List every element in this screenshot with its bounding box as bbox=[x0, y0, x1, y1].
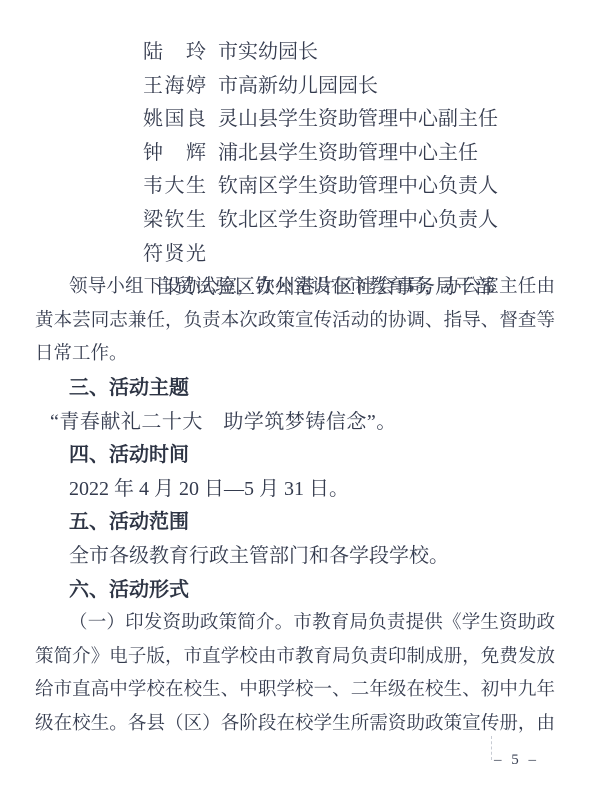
roster-title: 钦南区学生资助管理中心负责人 bbox=[218, 175, 498, 197]
form-paragraph-line: 给市直高中学校在校生、中职学校一、二年级在校生、初中九年 bbox=[35, 674, 555, 708]
time-text: 2022 年 4 月 20 日—5 月 31 日。 bbox=[35, 473, 555, 507]
roster-title: 灵山县学生资助管理中心副主任 bbox=[218, 108, 498, 130]
roster-name: 韦大生 bbox=[143, 170, 206, 204]
roster-title: 浦北县学生资助管理中心主任 bbox=[218, 142, 478, 164]
roster-row: 姚国良灵山县学生资助管理中心副主任 bbox=[35, 103, 555, 137]
page-number: – 5 – bbox=[494, 752, 539, 769]
roster-row: 陆 玲市实幼园长 bbox=[35, 36, 555, 70]
roster-row: 符贤光自贸试验区钦州港片区社会事务局干部 bbox=[35, 238, 555, 272]
roster-name: 符贤光 bbox=[143, 238, 206, 272]
roster-name: 陆 玲 bbox=[143, 36, 206, 70]
scope-text: 全市各级教育行政主管部门和各学段学校。 bbox=[35, 540, 555, 574]
section-heading-time: 四、活动时间 bbox=[35, 439, 555, 473]
roster-title: 市高新幼儿园园长 bbox=[218, 75, 378, 97]
roster-row: 韦大生钦南区学生资助管理中心负责人 bbox=[35, 170, 555, 204]
office-paragraph-line: 黄本芸同志兼任，负责本次政策宣传活动的协调、指导、督查等 bbox=[35, 305, 555, 339]
section-heading-form: 六、活动形式 bbox=[35, 574, 555, 608]
document-content: 陆 玲市实幼园长 王海婷市高新幼儿园园长 姚国良灵山县学生资助管理中心副主任 钟… bbox=[0, 0, 589, 741]
office-paragraph-line: 日常工作。 bbox=[35, 338, 555, 372]
roster-name: 梁钦生 bbox=[143, 204, 206, 238]
roster-name: 姚国良 bbox=[143, 103, 206, 137]
roster-row: 王海婷市高新幼儿园园长 bbox=[35, 70, 555, 104]
roster-title: 市实幼园长 bbox=[218, 41, 318, 63]
section-heading-scope: 五、活动范围 bbox=[35, 506, 555, 540]
roster-row: 钟 辉浦北县学生资助管理中心主任 bbox=[35, 137, 555, 171]
roster-name: 钟 辉 bbox=[143, 137, 206, 171]
roster-row: 梁钦生钦北区学生资助管理中心负责人 bbox=[35, 204, 555, 238]
form-paragraph-line: 级在校生。各县（区）各阶段在校学生所需资助政策宣传册，由 bbox=[35, 708, 555, 742]
form-paragraph-line: 策简介》电子版，市直学校由市教育局负责印制成册，免费发放 bbox=[35, 641, 555, 675]
office-paragraph-line: 领导小组下设办公室，办公室设在市教育局，办公室主任由 bbox=[35, 271, 555, 305]
document-page: 陆 玲市实幼园长 王海婷市高新幼儿园园长 姚国良灵山县学生资助管理中心副主任 钟… bbox=[0, 0, 589, 806]
scan-artifact-line bbox=[491, 736, 492, 760]
roster-name: 王海婷 bbox=[143, 70, 206, 104]
theme-text: “青春献礼二十大 助学筑梦铸信念”。 bbox=[35, 406, 555, 440]
roster-title: 钦北区学生资助管理中心负责人 bbox=[218, 209, 498, 231]
section-heading-theme: 三、活动主题 bbox=[35, 372, 555, 406]
form-paragraph-line: （一）印发资助政策简介。市教育局负责提供《学生资助政 bbox=[35, 607, 555, 641]
